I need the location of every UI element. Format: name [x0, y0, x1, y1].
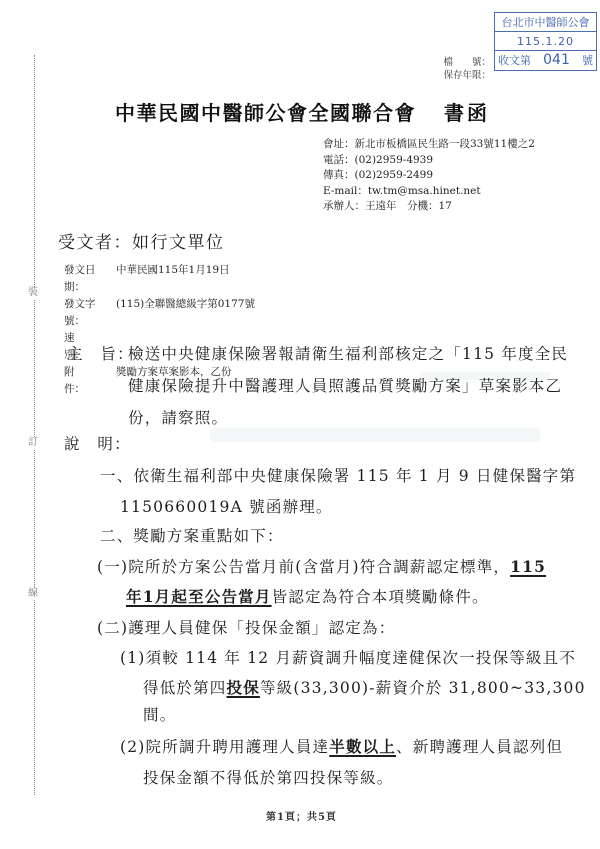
incentive-point-1-text: (一)院所於方案公告當月前(含當月)符合調薪認定標準，	[97, 558, 510, 576]
explanation-label: 說 明：	[64, 432, 131, 454]
attachment-label: 附 件：	[64, 364, 116, 398]
criterion-1-text-a: 得低於第四	[143, 679, 227, 697]
criterion-2-text-b: 、新聘護理人員認列但	[396, 738, 563, 756]
criterion-1-line-3: 間。	[143, 703, 176, 725]
explanation-item-2-heading: 二、獎勵方案重點如下：	[100, 524, 284, 546]
criterion-2-line-2: 投保金額不得低於第四投保等級。	[143, 766, 394, 788]
receipt-stamp: 台北市中醫師公會 115.1.20 收文第 041 號	[494, 12, 597, 71]
stamp-organization: 台北市中醫師公會	[495, 13, 596, 32]
archive-fields: 檔 號： 保存年限：	[441, 56, 491, 82]
binding-dotted-line	[34, 55, 35, 795]
contact-phone: 電話：(02)2959-4939	[323, 153, 535, 169]
subject-label: 主 旨：	[67, 342, 134, 364]
subject-line-1: 檢送中央健康保險署報請衛生福利部核定之「115 年度全民	[128, 342, 568, 364]
contact-email: E-mail：tw.tm@msa.hinet.net	[323, 184, 535, 200]
stamp-date: 115.1.20	[495, 32, 596, 51]
criterion-1-line-1: (1)須較 114 年 12 月薪資調升幅度達健保次一投保等級且不	[120, 646, 576, 668]
incentive-point-1-text-2: 皆認定為符合本項獎勵條件。	[272, 588, 489, 606]
contact-address: 會址：新北市板橋區民生路一段33號11樓之2	[323, 137, 535, 153]
show-through-ghost-text	[210, 428, 540, 442]
incentive-point-1-emphasis-a: 115	[510, 557, 546, 576]
criterion-2-line-1: (2)院所調升聘用護理人員達半數以上、新聘護理人員認列但	[120, 735, 563, 757]
contact-handler: 承辦人：王遠年 分機：17	[323, 199, 535, 215]
doc-number-value: (115)全聯醫總級字第0177號	[116, 296, 255, 330]
incentive-point-1-emphasis-b: 年1月起至公告當月	[126, 587, 272, 606]
criterion-1-line-2: 得低於第四投保等級(33,300)-薪資介於 31,800~33,300	[143, 676, 586, 698]
file-number-label: 檔 號：	[441, 56, 491, 69]
criterion-2-emphasis: 半數以上	[329, 737, 396, 756]
binding-char-zhuang: 裝	[28, 287, 38, 299]
issue-date-value: 中華民國115年1月19日	[116, 262, 230, 296]
criterion-1-emphasis: 投保	[227, 678, 260, 697]
incentive-point-1-line-2: 年1月起至公告當月皆認定為符合本項獎勵條件。	[126, 585, 489, 607]
subject-line-3: 份，請察照。	[128, 406, 228, 428]
issuing-organization: 中華民國中醫師公會全國聯合會	[115, 101, 416, 125]
incentive-point-1-line-1: (一)院所於方案公告當月前(含當月)符合調薪認定標準，115	[97, 555, 546, 577]
criterion-1-text-b: 等級(33,300)-薪資介於 31,800~33,300	[260, 679, 586, 697]
criterion-2-text-a: (2)院所調升聘用護理人員達	[120, 738, 329, 756]
explanation-item-1-line-1: 一、依衛生福利部中央健康保險署 115 年 1 月 9 日健保醫字第	[100, 464, 576, 486]
retention-period-label: 保存年限：	[441, 69, 491, 82]
explanation-item-1-line-2: 1150660019A 號函辦理。	[120, 495, 333, 517]
incentive-point-2-heading: (二)護理人員健保「投保金額」認定為：	[97, 616, 395, 638]
stamp-receipt-number: 041	[543, 51, 570, 70]
issue-date-label: 發文日期：	[64, 262, 116, 296]
contact-fax: 傳真：(02)2959-2499	[323, 168, 535, 184]
stamp-receipt-number-row: 收文第 041 號	[495, 51, 596, 70]
doc-number-row: 發文字號： (115)全聯醫總級字第0177號	[64, 296, 255, 330]
subject-line-2: 健康保險提升中醫護理人員照護品質獎勵方案」草案影本乙	[128, 374, 562, 396]
binding-char-xian: 線	[28, 588, 38, 600]
page-number: 第1頁；共5頁	[266, 808, 337, 823]
contact-info: 會址：新北市板橋區民生路一段33號11樓之2 電話：(02)2959-4939 …	[323, 137, 535, 215]
letterhead-title: 中華民國中醫師公會全國聯合會書函	[115, 97, 490, 126]
binding-char-ding: 訂	[28, 437, 38, 449]
stamp-receipt-prefix: 收文第	[498, 51, 531, 70]
document-type: 書函	[444, 101, 490, 125]
doc-number-label: 發文字號：	[64, 296, 116, 330]
issue-date-row: 發文日期： 中華民國115年1月19日	[64, 262, 255, 296]
stamp-receipt-suffix: 號	[582, 51, 593, 70]
recipient: 受文者：如行文單位	[58, 228, 225, 253]
